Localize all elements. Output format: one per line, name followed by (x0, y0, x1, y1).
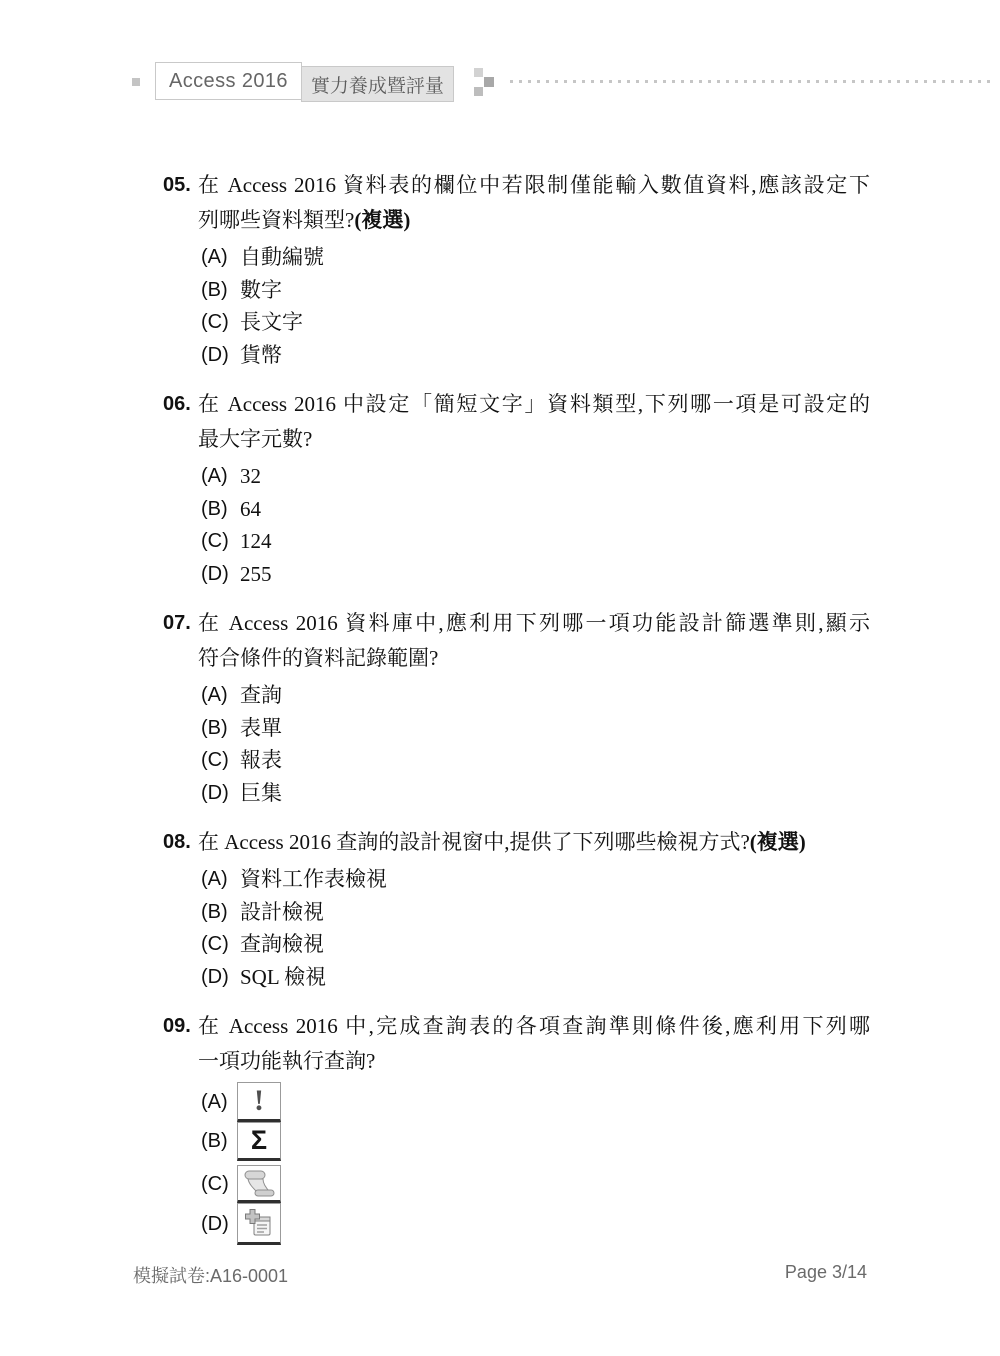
option-row: (B)設計檢視 (201, 896, 873, 929)
macro-scroll-icon (242, 1169, 276, 1197)
page-indicator: Page 3/14 (785, 1262, 867, 1288)
option-label: (A) (201, 863, 240, 896)
run-exclamation-icon: ! (254, 1086, 264, 1116)
option-row: (D)貨幣 (201, 339, 873, 372)
exam-code: 模擬試卷:A16-0001 (133, 1262, 288, 1288)
question-07: 07. 在 Access 2016 資料庫中,應利用下列哪一項功能設計篩選準則,… (163, 606, 873, 809)
bullet-square-icon (132, 78, 140, 86)
option-label: (C) (201, 928, 240, 961)
question-text: 在 Access 2016 資料庫中,應利用下列哪一項功能設計篩選準則,顯示 符… (198, 606, 870, 676)
option-label: (A) (201, 1091, 237, 1114)
option-row: (D)SQL 檢視 (201, 961, 873, 994)
question-text: 在 Access 2016 中,完成查詢表的各項查詢準則條件後,應利用下列哪 一… (198, 1009, 870, 1079)
option-text: 自動編號 (240, 241, 324, 274)
header-title-box: Access 2016 實力養成暨評量 (155, 62, 454, 102)
option-row: (D)255 (201, 558, 873, 591)
option-label: (B) (201, 896, 240, 929)
option-row: (A) ! (201, 1082, 873, 1122)
option-label: (D) (201, 777, 240, 810)
question-06: 06. 在 Access 2016 中設定「簡短文字」資料類型,下列哪一項是可設… (163, 387, 873, 590)
option-row: (B)數字 (201, 274, 873, 307)
option-row: (B) Σ (201, 1122, 873, 1161)
series-subtitle: 實力養成暨評量 (301, 66, 454, 102)
option-text: 255 (240, 558, 272, 591)
option-row: (C)124 (201, 525, 873, 558)
question-05: 05. 在 Access 2016 資料表的欄位中若限制僅能輸入數值資料,應該設… (163, 168, 873, 371)
square-cluster-icon (474, 68, 495, 98)
question-text: 在 Access 2016 中設定「簡短文字」資料類型,下列哪一項是可設定的 最… (198, 387, 870, 457)
option-row: (C)長文字 (201, 306, 873, 339)
question-number: 05. (163, 168, 198, 238)
option-text: 巨集 (240, 777, 282, 810)
multi-select-note: (複選) (750, 830, 806, 854)
option-label: (D) (201, 339, 240, 372)
dotted-rule-divider (510, 80, 993, 83)
option-label: (C) (201, 1173, 237, 1196)
option-text: 查詢 (240, 679, 282, 712)
option-row: (D) (201, 1203, 873, 1245)
option-row: (A)自動編號 (201, 241, 873, 274)
option-label: (C) (201, 306, 240, 339)
question-text: 在 Access 2016 資料表的欄位中若限制僅能輸入數值資料,應該設定下 列… (198, 168, 870, 238)
option-text: 64 (240, 493, 261, 526)
option-text: 長文字 (240, 306, 303, 339)
question-08: 08. 在 Access 2016 查詢的設計視窗中,提供了下列哪些檢視方式?(… (163, 825, 873, 993)
question-number: 07. (163, 606, 198, 676)
option-text: 報表 (240, 744, 282, 777)
option-row: (C)查詢檢視 (201, 928, 873, 961)
option-label: (A) (201, 241, 240, 274)
option-text: 查詢檢視 (240, 928, 324, 961)
option-row: (A)資料工作表檢視 (201, 863, 873, 896)
exam-page: Access 2016 實力養成暨評量 05. 在 Access 2016 資料… (0, 0, 1000, 1356)
question-09: 09. 在 Access 2016 中,完成查詢表的各項查詢準則條件後,應利用下… (163, 1009, 873, 1245)
option-label: (B) (201, 712, 240, 745)
new-note-button-frame (237, 1203, 281, 1245)
run-button-frame: ! (237, 1082, 281, 1122)
option-text: 貨幣 (240, 339, 282, 372)
option-text: 表單 (240, 712, 282, 745)
page-header: Access 2016 實力養成暨評量 (132, 62, 1000, 104)
option-row: (C)報表 (201, 744, 873, 777)
multi-select-note: (複選) (354, 208, 410, 232)
option-text: 32 (240, 460, 261, 493)
option-row: (B)表單 (201, 712, 873, 745)
question-list: 05. 在 Access 2016 資料表的欄位中若限制僅能輸入數值資料,應該設… (163, 168, 873, 1261)
new-note-plus-icon (244, 1208, 274, 1238)
option-label: (D) (201, 961, 240, 994)
option-label: (D) (201, 558, 240, 591)
question-number: 09. (163, 1009, 198, 1079)
brand-title: Access 2016 (155, 62, 302, 100)
option-row: (B)64 (201, 493, 873, 526)
option-label: (B) (201, 274, 240, 307)
option-label: (D) (201, 1213, 237, 1236)
option-row: (A)查詢 (201, 679, 873, 712)
option-row: (D)巨集 (201, 777, 873, 810)
option-text: 資料工作表檢視 (240, 863, 387, 896)
totals-button-frame: Σ (237, 1122, 281, 1161)
sigma-totals-icon: Σ (251, 1127, 267, 1154)
macro-button-frame (237, 1165, 281, 1203)
option-text: 數字 (240, 274, 282, 307)
option-text: 設計檢視 (240, 896, 324, 929)
option-text: 124 (240, 525, 272, 558)
option-label: (C) (201, 744, 240, 777)
option-label: (B) (201, 493, 240, 526)
question-text: 在 Access 2016 查詢的設計視窗中,提供了下列哪些檢視方式?(複選) (198, 825, 870, 860)
question-number: 08. (163, 825, 198, 860)
option-row: (C) (201, 1165, 873, 1203)
option-label: (C) (201, 525, 240, 558)
option-label: (A) (201, 460, 240, 493)
option-label: (A) (201, 679, 240, 712)
question-number: 06. (163, 387, 198, 457)
option-text: SQL 檢視 (240, 961, 326, 994)
option-label: (B) (201, 1130, 237, 1153)
page-footer: 模擬試卷:A16-0001 Page 3/14 (133, 1262, 867, 1288)
option-row: (A)32 (201, 460, 873, 493)
